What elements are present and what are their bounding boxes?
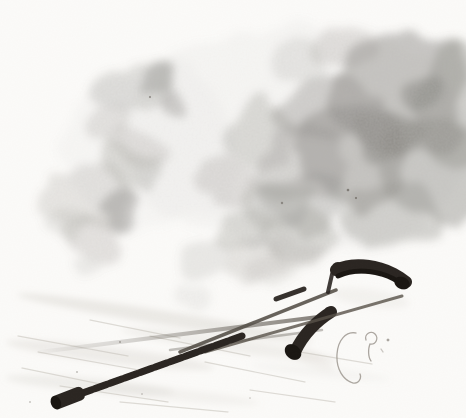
paper-grain-overlay: [0, 0, 466, 418]
illustration-plate: A pair of wooden crutches lies abandoned…: [0, 0, 466, 418]
illustration-canvas: [0, 0, 466, 418]
